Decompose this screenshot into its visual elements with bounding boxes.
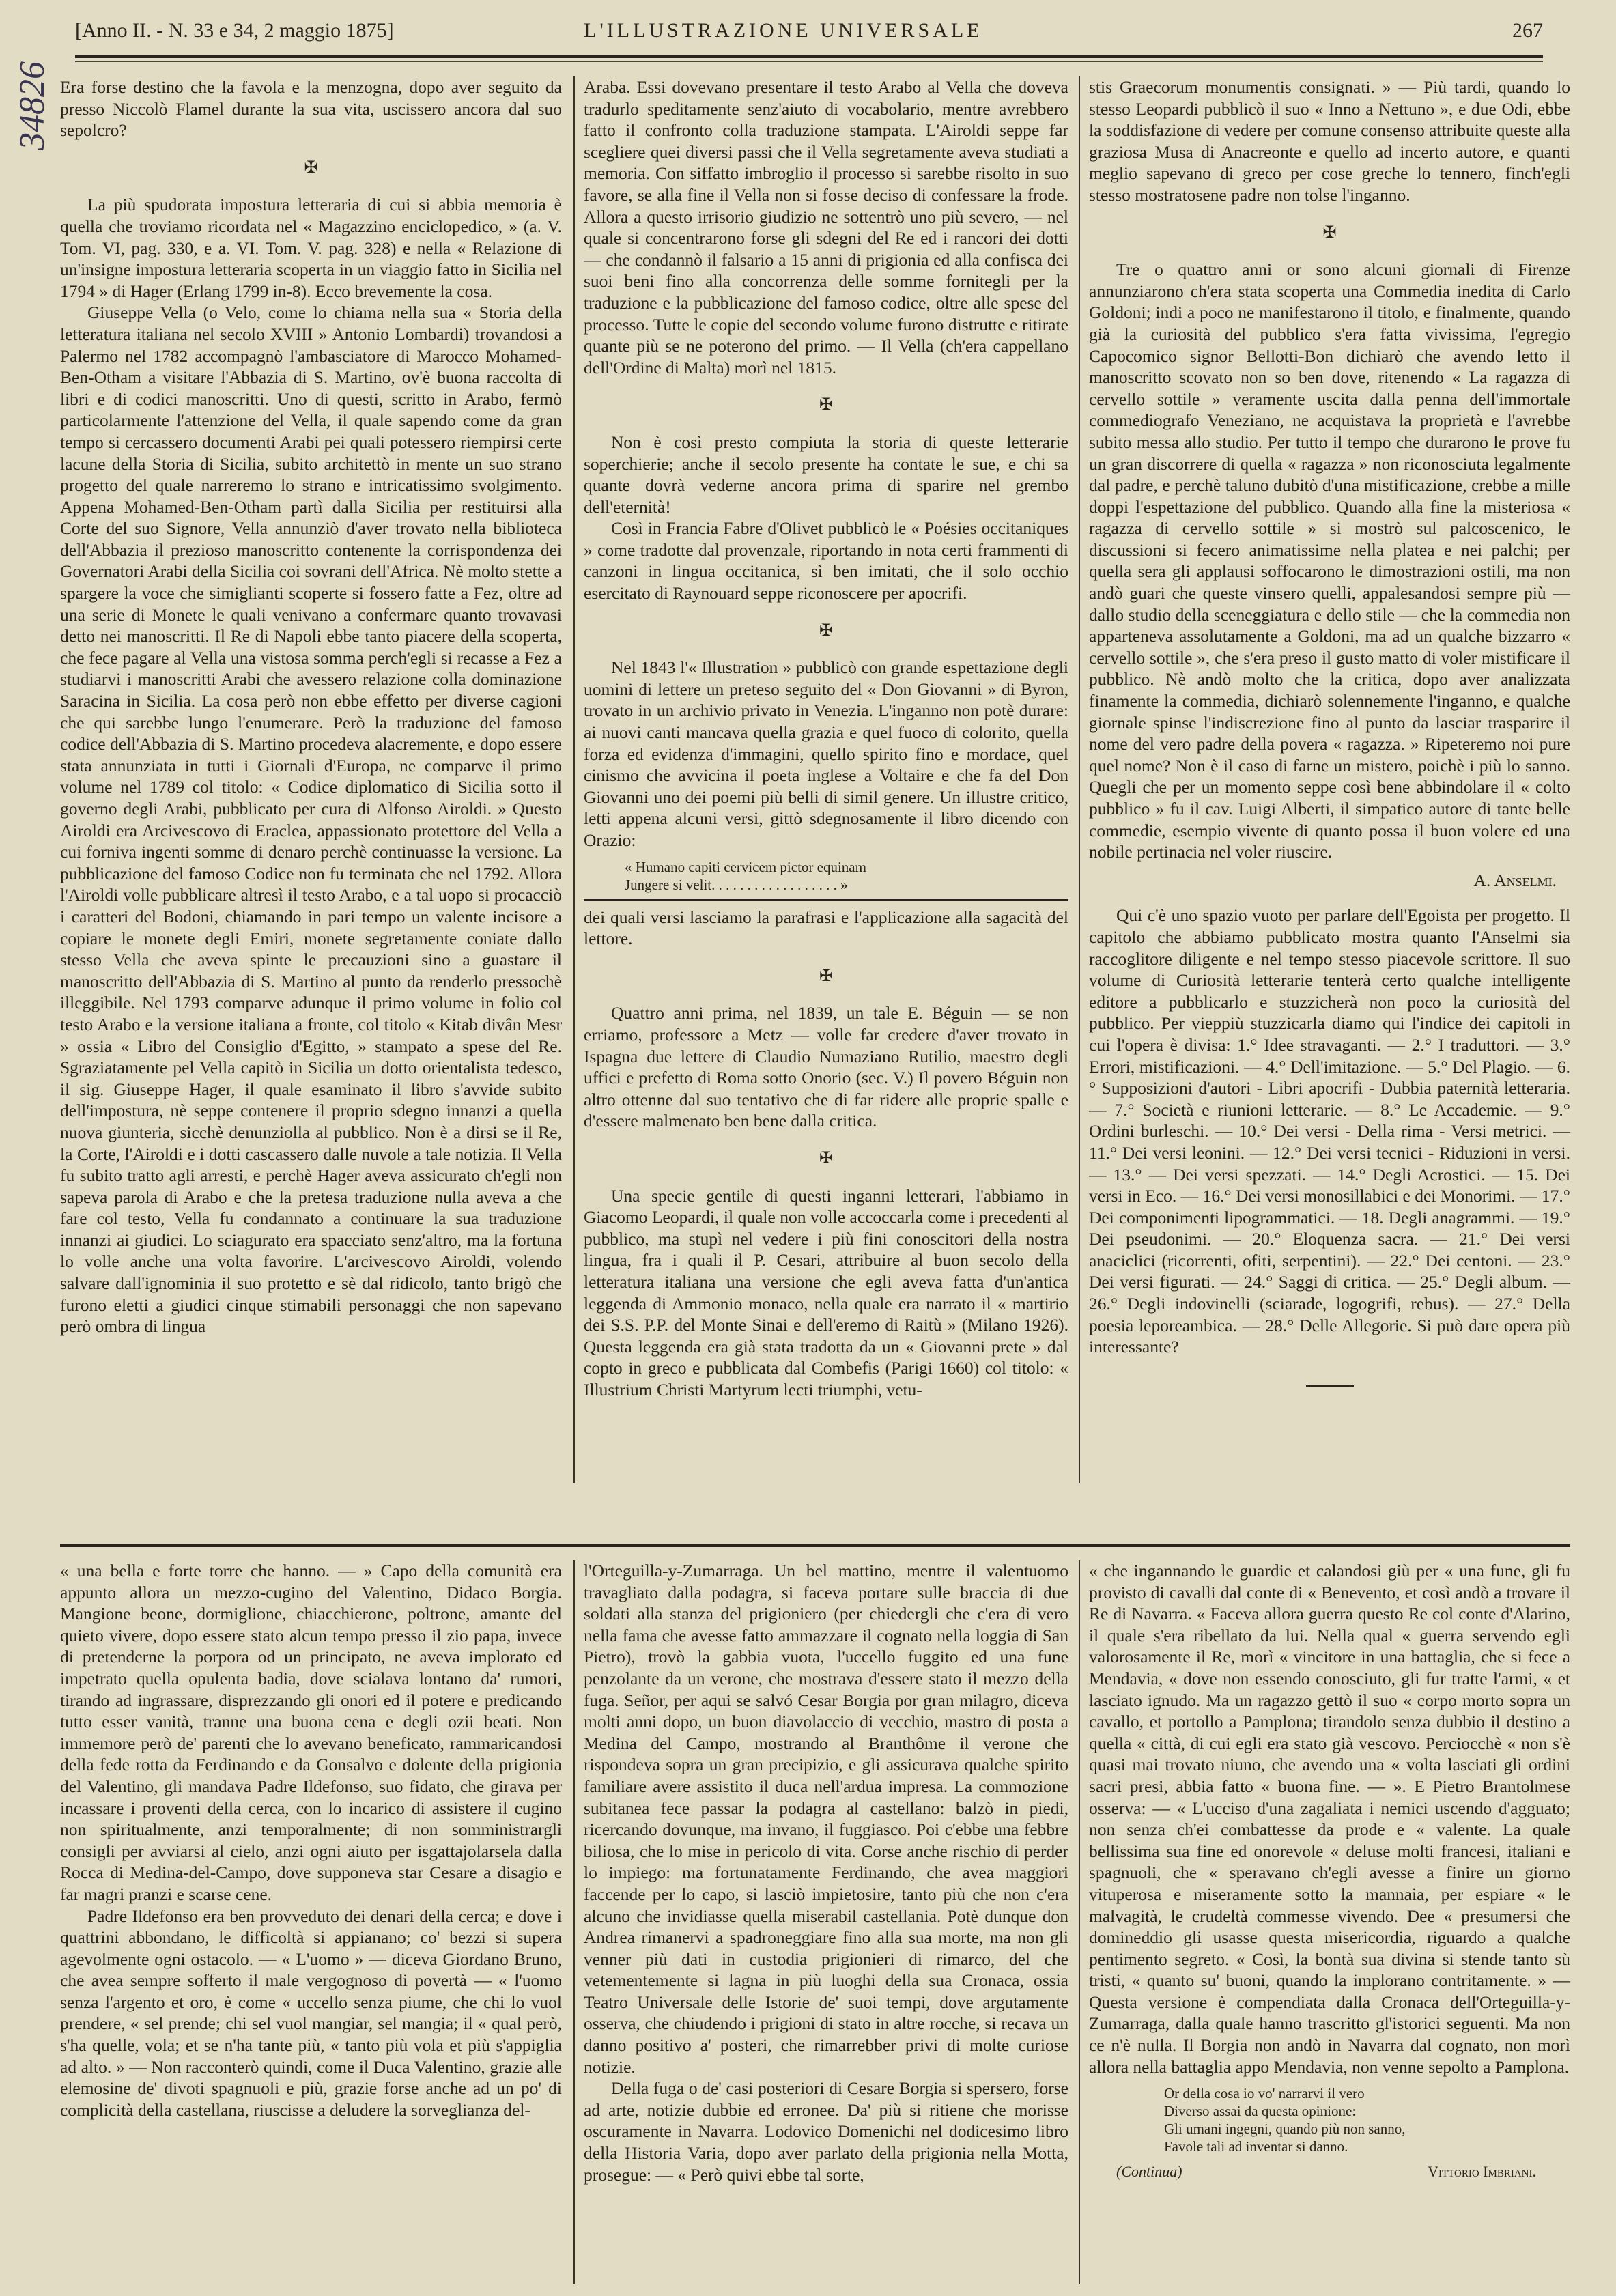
lower-column-1: « una bella e forte torre che hanno. — »… bbox=[60, 1560, 562, 2121]
section-rule bbox=[1306, 1385, 1354, 1387]
lower-column-2: l'Orteguilla-y-Zumarraga. Un bel mattino… bbox=[584, 1560, 1068, 2185]
paragraph: Non è così presto compiuta la storia di … bbox=[584, 431, 1068, 518]
paragraph: dei quali versi lasciamo la parafrasi e … bbox=[584, 907, 1068, 950]
upper-column-1: Era forse destino che la favola e la men… bbox=[60, 76, 562, 1337]
ornament-icon: ✠ bbox=[584, 1148, 1068, 1170]
ornament-icon: ✠ bbox=[1089, 223, 1570, 244]
author-signature: A. Anselmi. bbox=[1089, 870, 1557, 892]
header-rule-thin bbox=[75, 61, 1543, 62]
quote-line: « Humano capiti cervicem pictor equinam bbox=[625, 858, 1068, 876]
column-divider bbox=[1079, 1560, 1080, 2284]
issue-info: [Anno II. - N. 33 e 34, 2 maggio 1875] bbox=[75, 19, 394, 42]
paragraph: Una specie gentile di questi inganni let… bbox=[584, 1185, 1068, 1401]
horace-quote: « Humano capiti cervicem pictor equinam … bbox=[584, 858, 1068, 894]
ornament-icon: ✠ bbox=[60, 158, 562, 180]
continued-label: (Continua) bbox=[1116, 2161, 1182, 2183]
paragraph: « una bella e forte torre che hanno. — »… bbox=[60, 1560, 562, 1905]
upper-column-3: stis Graecorum monumentis consignati. » … bbox=[1089, 76, 1570, 1387]
paragraph: Giuseppe Vella (o Velo, come lo chiama n… bbox=[60, 302, 562, 1337]
paragraph: Tre o quattro anni or sono alcuni giorna… bbox=[1089, 259, 1570, 863]
paragraph: « che ingannando le guardie et calandosi… bbox=[1089, 1560, 1570, 2078]
paragraph: stis Graecorum monumentis consignati. » … bbox=[1089, 76, 1570, 206]
ornament-icon: ✠ bbox=[584, 621, 1068, 642]
closing-poem: Or della cosa io vo' narrarvi il vero Di… bbox=[1089, 2084, 1570, 2155]
paragraph: Così in Francia Fabre d'Olivet pubblicò … bbox=[584, 518, 1068, 604]
author-signature: Vittorio Imbriani. bbox=[1428, 2161, 1536, 2183]
ornament-icon: ✠ bbox=[584, 395, 1068, 416]
page-number: 267 bbox=[1512, 19, 1543, 42]
paragraph: Della fuga o de' casi posteriori di Cesa… bbox=[584, 2078, 1068, 2185]
quote-line: Jungere si velit. . . . . . . . . . . . … bbox=[625, 876, 1068, 894]
paragraph: La più spudorata impostura letteraria di… bbox=[60, 194, 562, 302]
upper-column-2: Araba. Essi dovevano presentare il testo… bbox=[584, 76, 1068, 1400]
library-stamp: 34826 bbox=[12, 61, 53, 150]
poem-line: Or della cosa io vo' narrarvi il vero bbox=[1164, 2084, 1570, 2102]
page-header: [Anno II. - N. 33 e 34, 2 maggio 1875] L… bbox=[75, 19, 1543, 46]
quote-rule bbox=[584, 899, 1068, 901]
paragraph: Padre Ildefonso era ben provveduto dei d… bbox=[60, 1905, 562, 2121]
poem-line: Diverso assai da questa opinione: bbox=[1164, 2102, 1570, 2120]
poem-line: Favole tali ad inventar si danno. bbox=[1164, 2138, 1570, 2155]
column-divider bbox=[573, 76, 575, 1483]
paragraph: l'Orteguilla-y-Zumarraga. Un bel mattino… bbox=[584, 1560, 1068, 2078]
paragraph: Quattro anni prima, nel 1839, un tale E.… bbox=[584, 1002, 1068, 1132]
paragraph: Nel 1843 l'« Illustration » pubblicò con… bbox=[584, 657, 1068, 851]
column-divider bbox=[1079, 76, 1080, 1483]
ornament-icon: ✠ bbox=[584, 966, 1068, 988]
paragraph: Araba. Essi dovevano presentare il testo… bbox=[584, 76, 1068, 378]
poem-line: Gli umani ingegni, quando più non sanno, bbox=[1164, 2120, 1570, 2138]
journal-title: L'ILLUSTRAZIONE UNIVERSALE bbox=[584, 19, 983, 42]
lower-column-3: « che ingannando le guardie et calandosi… bbox=[1089, 1560, 1570, 2183]
article-footer: (Continua) Vittorio Imbriani. bbox=[1089, 2161, 1570, 2183]
header-rule bbox=[75, 55, 1543, 58]
column-divider bbox=[573, 1560, 575, 2284]
section-divider bbox=[60, 1544, 1570, 1547]
paragraph: Era forse destino che la favola e la men… bbox=[60, 76, 562, 141]
paragraph: Qui c'è uno spazio vuoto per parlare del… bbox=[1089, 905, 1570, 1357]
